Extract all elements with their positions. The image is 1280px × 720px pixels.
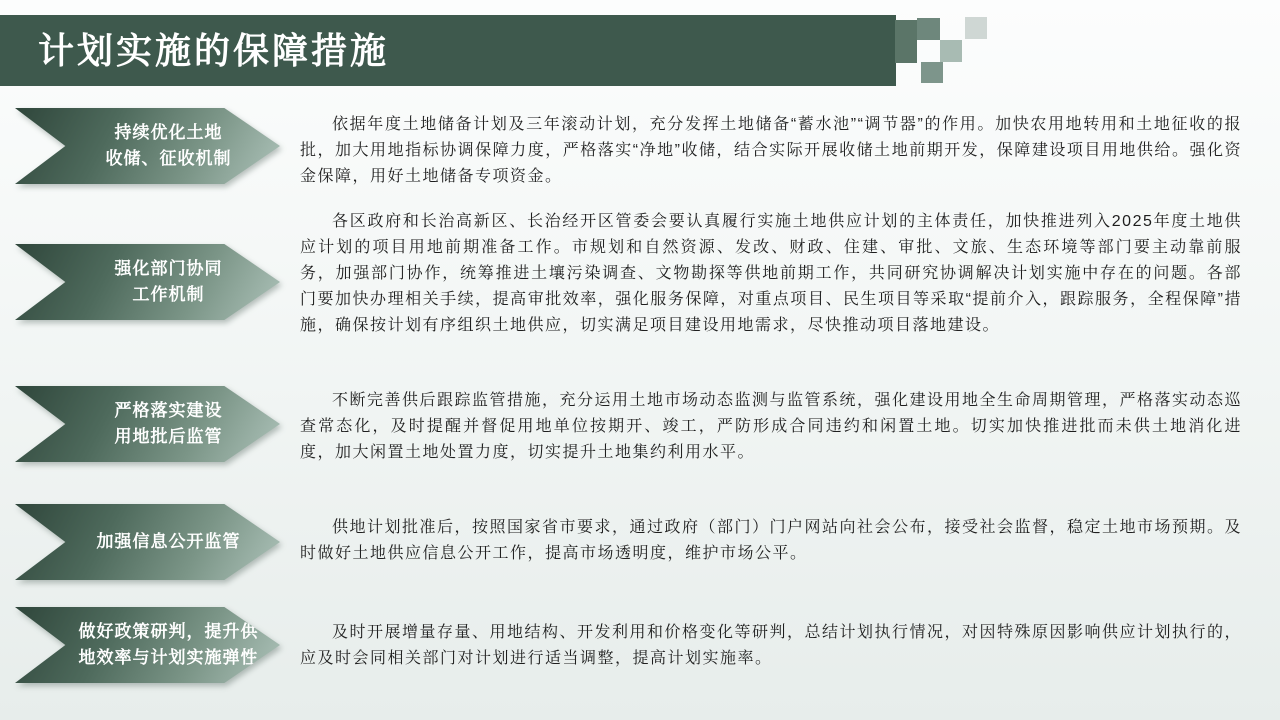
- arrow-shape: 加强信息公开监管: [15, 504, 280, 580]
- arrow-shape: 持续优化土地 收储、征收机制: [15, 108, 280, 184]
- step-arrow-3: 严格落实建设 用地批后监管: [15, 386, 280, 462]
- decor-square: [895, 20, 917, 63]
- decor-square: [921, 62, 943, 83]
- section-paragraph-2: 各区政府和长治高新区、长治经开区管委会要认真履行实施土地供应计划的主体责任，加快…: [300, 209, 1242, 339]
- page-title: 计划实施的保障措施: [38, 33, 389, 69]
- step-arrow-4: 加强信息公开监管: [15, 504, 280, 580]
- arrow-shape: 严格落实建设 用地批后监管: [15, 386, 280, 462]
- slide: 计划实施的保障措施 持续优化土地 收储、征收机制 强化部门协同 工作机制 严格落…: [0, 0, 1280, 720]
- step-arrow-5: 做好政策研判，提升供 地效率与计划实施弹性: [15, 607, 280, 683]
- step-label-line: 加强信息公开监管: [63, 529, 274, 555]
- decor-square: [965, 17, 987, 39]
- section-paragraph-4: 供地计划批准后，按照国家省市要求，通过政府（部门）门户网站向社会公布，接受社会监…: [300, 515, 1242, 567]
- decor-square: [917, 18, 940, 40]
- decor-square: [940, 40, 962, 62]
- step-arrow-2: 强化部门协同 工作机制: [15, 244, 280, 320]
- step-label-line: 强化部门协同: [63, 256, 274, 282]
- step-label-line: 收储、征收机制: [63, 146, 274, 172]
- section-paragraph-5: 及时开展增量存量、用地结构、开发利用和价格变化等研判，总结计划执行情况，对因特殊…: [300, 620, 1242, 672]
- title-bar: 计划实施的保障措施: [0, 15, 896, 86]
- step-label-line: 做好政策研判，提升供: [63, 619, 274, 645]
- step-label-line: 持续优化土地: [63, 120, 274, 146]
- step-label-line: 严格落实建设: [63, 398, 274, 424]
- step-arrow-1: 持续优化土地 收储、征收机制: [15, 108, 280, 184]
- arrow-shape: 做好政策研判，提升供 地效率与计划实施弹性: [15, 607, 280, 683]
- section-paragraph-3: 不断完善供后跟踪监管措施，充分运用土地市场动态监测与监管系统，强化建设用地全生命…: [300, 388, 1242, 466]
- arrow-shape: 强化部门协同 工作机制: [15, 244, 280, 320]
- step-label-line: 地效率与计划实施弹性: [63, 645, 274, 671]
- step-label-line: 工作机制: [63, 282, 274, 308]
- section-paragraph-1: 依据年度土地储备计划及三年滚动计划，充分发挥土地储备“蓄水池”“调节器”的作用。…: [300, 112, 1242, 190]
- step-label-line: 用地批后监管: [63, 424, 274, 450]
